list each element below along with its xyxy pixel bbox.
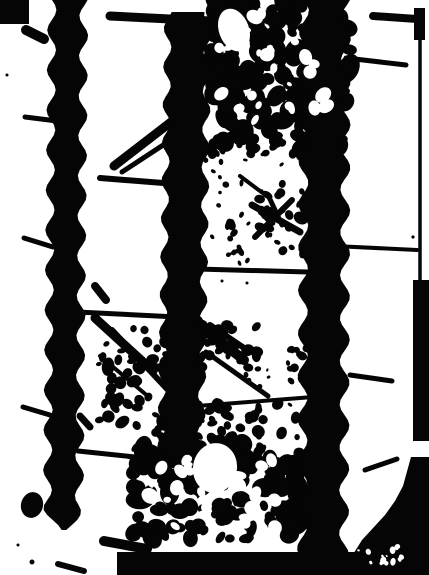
speck-dot	[221, 280, 224, 283]
midright-cluster	[294, 434, 299, 440]
top-left-square	[0, 0, 29, 24]
specimen-photograph	[0, 0, 429, 575]
speck-dot	[30, 560, 35, 565]
crack-line	[373, 16, 417, 19]
photo-canvas	[0, 0, 429, 575]
speck-dot	[246, 282, 249, 285]
speck-dot	[6, 74, 9, 77]
top-right-corner-stub	[414, 8, 425, 40]
speck-dot	[17, 544, 20, 547]
speck-dot	[411, 235, 414, 238]
right-edge-band	[413, 280, 429, 441]
crack-line	[197, 269, 308, 272]
